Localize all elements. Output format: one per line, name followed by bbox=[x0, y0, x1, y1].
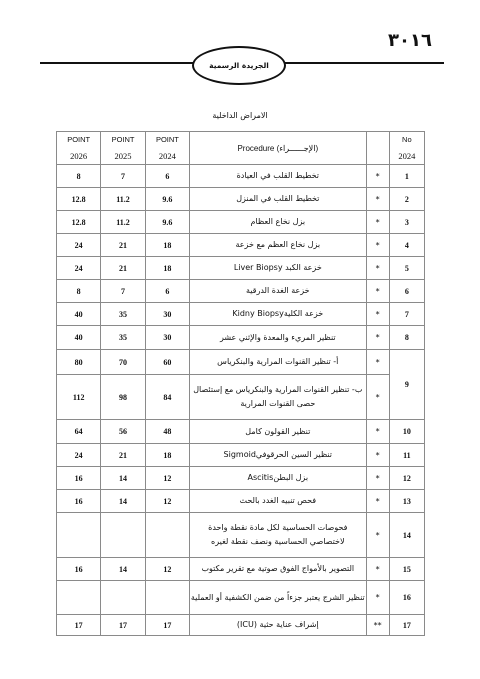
page-number: ٣٠١٦ bbox=[376, 30, 432, 51]
header-point-2026: POINT 2026 bbox=[57, 132, 101, 165]
table-header-row: POINT 2026 POINT 2025 POINT 2024 Procedu… bbox=[57, 132, 425, 165]
table-row: 64 56 48 تنظير القولون كامل * 10 bbox=[57, 420, 425, 444]
table-row: 80 70 60 أ- تنظير القنوات المرارية والبن… bbox=[57, 350, 425, 375]
header-star bbox=[366, 132, 389, 165]
table-row: 16 14 12 بزل البطنAscitis * 12 bbox=[57, 467, 425, 490]
header-procedure: Procedure (الإجــــــراء) bbox=[190, 132, 366, 165]
table-row: 16 14 12 التصوير بالأمواج الفوق صوتية مع… bbox=[57, 558, 425, 581]
table-row: 17 17 17 إشراف عناية حثية (ICU) ** 17 bbox=[57, 615, 425, 636]
header-point-2025: POINT 2025 bbox=[101, 132, 145, 165]
header-no: No 2024 bbox=[389, 132, 424, 165]
table-row: 24 21 18 بزل نخاع العظم مع خزعة * 4 bbox=[57, 234, 425, 257]
table-row: 112 98 84 ب- تنظير القنوات المرارية والب… bbox=[57, 375, 425, 420]
table-row: 8 7 6 خزعة الغدة الدرقية * 6 bbox=[57, 280, 425, 303]
section-title: الامراض الداخلية bbox=[0, 111, 480, 120]
header-point-2024: POINT 2024 bbox=[145, 132, 189, 165]
table-row: 8 7 6 تخطيط القلب في العيادة * 1 bbox=[57, 165, 425, 188]
table-row: 16 14 12 فحص تنبيه الغدد بالحث * 13 bbox=[57, 490, 425, 513]
procedures-table: POINT 2026 POINT 2025 POINT 2024 Procedu… bbox=[56, 131, 425, 636]
table-row: 24 21 18 تنظير السين الحرقوفيSigmoid * 1… bbox=[57, 444, 425, 467]
gazette-name: الجريدة الرسمية bbox=[209, 61, 269, 70]
table-row: 24 21 18 خزعة الكبد Liver Biopsy * 5 bbox=[57, 257, 425, 280]
table-row: 40 35 30 تنظير المريء والمعدة والإثني عش… bbox=[57, 326, 425, 350]
table-row: فحوصات الحساسية لكل مادة نقطة واحدة لاخت… bbox=[57, 513, 425, 558]
gazette-emblem: الجريدة الرسمية bbox=[192, 46, 286, 85]
table-row: 40 35 30 خزعة الكليةKidny Biopsy * 7 bbox=[57, 303, 425, 326]
table-row: 12.8 11.2 9.6 تخطيط القلب في المنزل * 2 bbox=[57, 188, 425, 211]
table-row: تنظير الشرج يعتبر جزءاً من ضمن الكشفية أ… bbox=[57, 581, 425, 615]
table-row: 12.8 11.2 9.6 بزل نخاع العظام * 3 bbox=[57, 211, 425, 234]
